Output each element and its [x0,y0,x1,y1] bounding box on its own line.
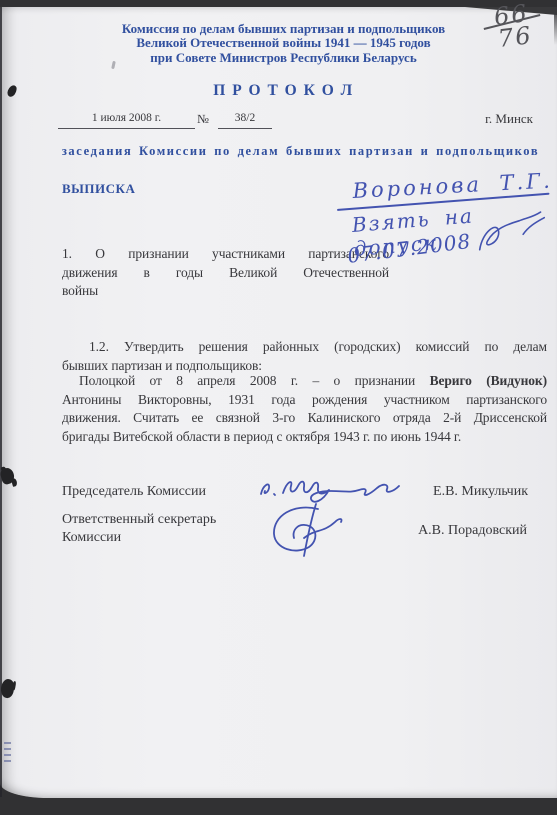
city-label: г. Минск [485,111,533,127]
extract-label: ВЫПИСКА [62,181,135,197]
resolution-line: 1.2. Утвердить решения районных (городск… [62,338,547,357]
chairman-title: Председатель Комиссии [62,483,206,501]
decision-paragraph: Полоцкой от 8 апреля 2008 г. – о признан… [62,372,547,446]
secretary-title-line1: Ответственный секретарь [62,511,216,529]
spine-print-mark [4,742,11,766]
number-field: 38/2 [218,112,272,129]
org-name-line2: Великой Отечественной войны 1941 — 1945 … [10,36,557,50]
decision-text: Полоцкой от 8 апреля 2008 г. – о признан… [79,373,430,388]
resolution-item-1-2: 1.2. Утвердить решения районных (городск… [62,338,547,375]
recognized-person-name: Вериго (Видунок) [430,373,547,388]
agenda-item-1-line: войны [62,282,389,301]
page-left-edge [0,7,2,797]
agenda-item-1-line: 1. О признании участниками партизанского [62,245,389,264]
number-sign: № [197,112,209,127]
page-number-current: 76 [496,21,534,53]
org-name: Комиссия по делам бывших партизан и подп… [10,22,557,65]
decision-line: бригады Витебской области в период с окт… [62,428,547,447]
scanned-document: 66 76 Комиссия по делам бывших партизан … [0,0,557,815]
secretary-signature [263,502,353,558]
agenda-item-1: 1. О признании участниками партизанского… [62,245,389,301]
org-name-line3: при Совете Министров Республики Беларусь [10,51,557,65]
subject-line: заседания Комиссии по делам бывших парти… [54,144,547,159]
doc-type-title: П Р О Т О К О Л [10,82,557,100]
chairman-name: Е.В. Микульчик [433,484,528,500]
decision-line: движения. Считать ее связной 3-го Калини… [62,409,547,428]
secretary-title: Ответственный секретарь Комиссии [62,511,216,546]
secretary-name: А.В. Порадовский [418,523,527,539]
date-field: 1 июля 2008 г. [58,112,195,129]
org-name-line1: Комиссия по делам бывших партизан и подп… [10,22,557,36]
decision-line: Антонины Викторовны, 1931 года рождения … [62,391,547,410]
secretary-title-line2: Комиссии [62,529,216,547]
decision-line: Полоцкой от 8 апреля 2008 г. – о признан… [62,372,547,391]
agenda-item-1-line: движения в годы Великой Отечественной [62,264,389,283]
